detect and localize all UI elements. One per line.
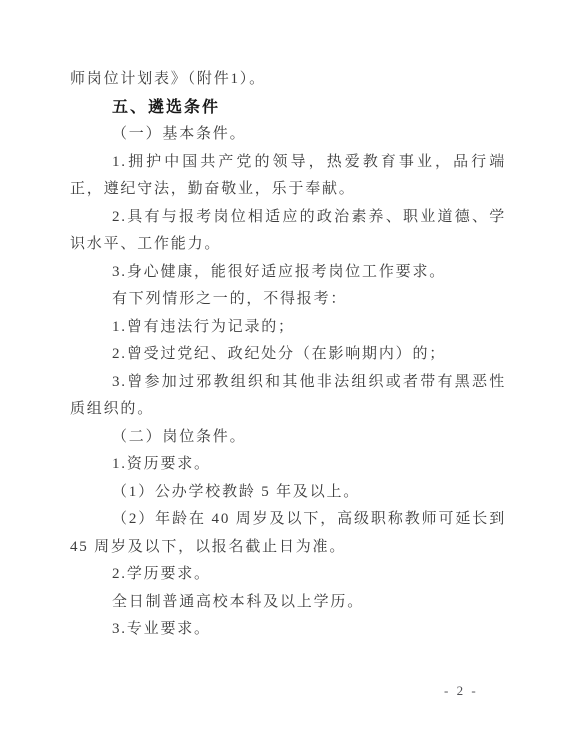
item-disqualify-3: 3.曾参加过邪教组织和其他非法组织或者带有黑恶性质组织的。 [70, 369, 506, 424]
paragraph-education-detail: 全日制普通高校本科及以上学历。 [70, 589, 506, 617]
item-disqualify-2: 2.曾受过党纪、政纪处分（在影响期内）的； [70, 341, 506, 369]
page-number: - 2 - [444, 683, 478, 699]
item-disqualify-1: 1.曾有违法行为记录的； [70, 314, 506, 342]
item-major-requirement: 3.专业要求。 [70, 616, 506, 644]
item-basic-2: 2.具有与报考岗位相适应的政治素养、职业道德、学识水平、工作能力。 [70, 204, 506, 259]
subheading-basic-conditions: （一）基本条件。 [70, 121, 506, 149]
item-basic-3: 3.身心健康，能很好适应报考岗位工作要求。 [70, 259, 506, 287]
heading-selection-conditions: 五、遴选条件 [70, 94, 506, 122]
item-qualification-age: （2）年龄在 40 周岁及以下，高级职称教师可延长到 45 周岁及以下，以报名截… [70, 506, 506, 561]
item-basic-1: 1.拥护中国共产党的领导，热爱教育事业，品行端正，遵纪守法，勤奋敬业，乐于奉献。 [70, 149, 506, 204]
paragraph-disqualification-intro: 有下列情形之一的，不得报考： [70, 286, 506, 314]
item-qualification-requirement: 1.资历要求。 [70, 451, 506, 479]
item-education-requirement: 2.学历要求。 [70, 561, 506, 589]
document-page: 师岗位计划表》（附件1）。 五、遴选条件 （一）基本条件。 1.拥护中国共产党的… [0, 0, 565, 732]
document-body: 师岗位计划表》（附件1）。 五、遴选条件 （一）基本条件。 1.拥护中国共产党的… [70, 66, 506, 644]
subheading-position-conditions: （二）岗位条件。 [70, 424, 506, 452]
item-qualification-teaching-years: （1）公办学校教龄 5 年及以上。 [70, 479, 506, 507]
paragraph-attachment-continuation: 师岗位计划表》（附件1）。 [70, 66, 506, 94]
